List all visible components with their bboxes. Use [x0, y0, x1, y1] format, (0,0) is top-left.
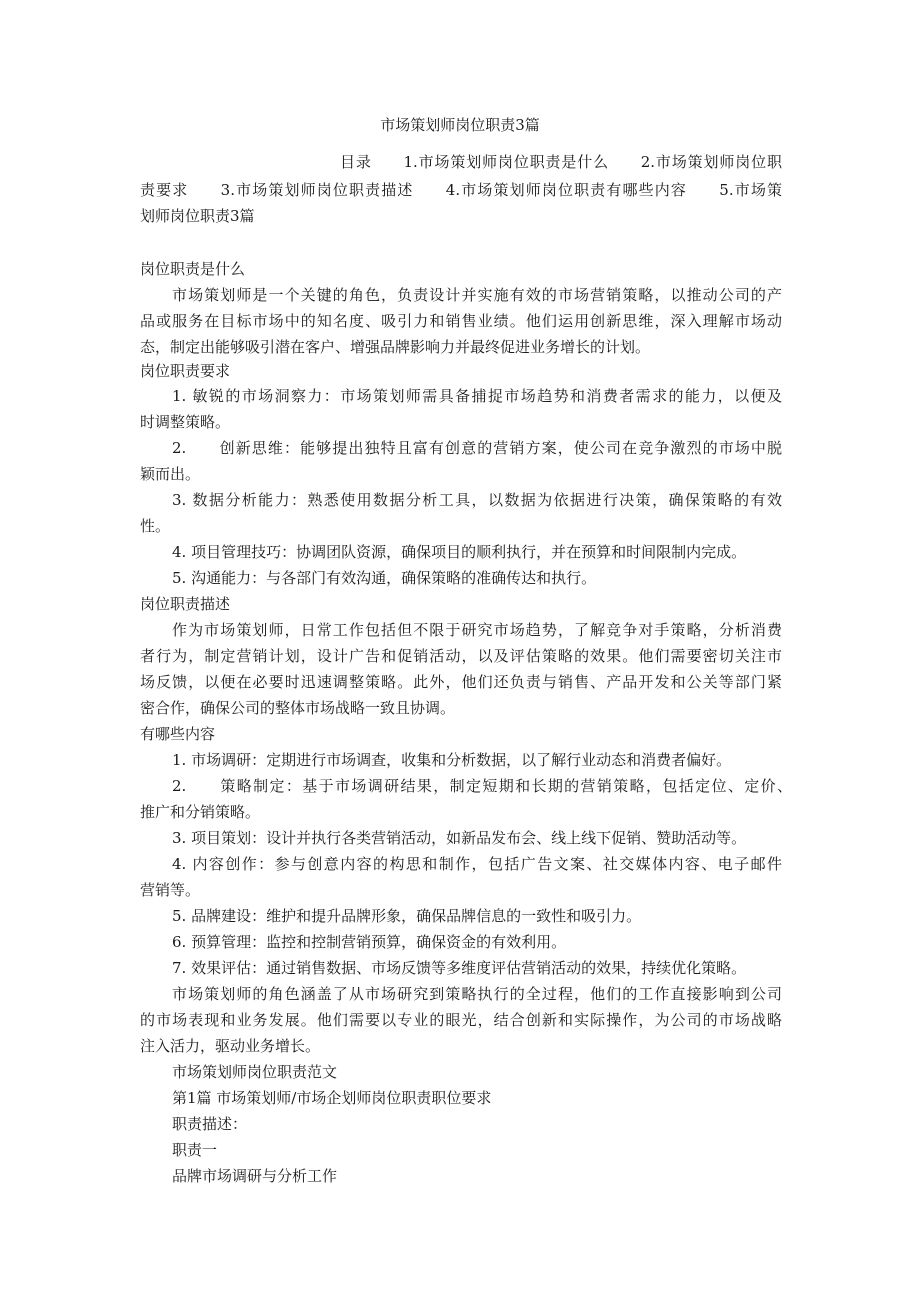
paragraph-line: 场反馈，以便在必要时迅速调整策略。此外，他们还负责与销售、产品开发和公关等部门紧	[140, 670, 782, 694]
section-heading: 岗位职责要求	[140, 359, 230, 383]
paragraph-line: 市场策划师的角色涵盖了从市场研究到策略执行的全过程，他们的工作直接影响到公司	[172, 982, 782, 1006]
list-item: 7. 效果评估：通过销售数据、市场反馈等多维度评估营销活动的效果，持续优化策略。	[172, 956, 746, 980]
list-item-continuation: 性。	[140, 514, 170, 538]
list-item: 5. 沟通能力：与各部门有效沟通，确保策略的准确传达和执行。	[172, 566, 596, 590]
list-item: 3. 项目策划：设计并执行各类营销活动，如新品发布会、线上线下促销、赞助活动等。	[172, 826, 746, 850]
list-item: 3. 数据分析能力：熟悉使用数据分析工具，以数据为依据进行决策，确保策略的有效	[172, 488, 782, 512]
toc-line: 目录 1.市场策划师岗位职责是什么 2.市场策划师岗位职	[340, 150, 782, 174]
list-item: 1. 市场调研：定期进行市场调查，收集和分析数据，以了解行业动态和消费者偏好。	[172, 748, 731, 772]
paragraph-line: 市场策划师是一个关键的角色，负责设计并实施有效的市场营销策略，以推动公司的产	[172, 283, 782, 307]
duty-one-label: 职责一	[172, 1138, 217, 1162]
list-item-continuation: 时调整策略。	[140, 410, 230, 434]
list-item: 2. 创新思维：能够提出独特且富有创意的营销方案，使公司在竞争激烈的市场中脱	[172, 436, 782, 460]
list-item: 6. 预算管理：监控和控制营销预算，确保资金的有效利用。	[172, 930, 566, 954]
list-item-continuation: 颖而出。	[140, 462, 200, 486]
paragraph-line: 作为市场策划师，日常工作包括但不限于研究市场趋势，了解竞争对手策略，分析消费	[172, 618, 782, 642]
toc-line: 责要求 3.市场策划师岗位职责描述 4.市场策划师岗位职责有哪些内容 5.市场策	[140, 178, 782, 202]
list-item: 5. 品牌建设：维护和提升品牌形象，确保品牌信息的一致性和吸引力。	[172, 904, 641, 928]
list-item-continuation: 营销等。	[140, 878, 200, 902]
paragraph-line: 者行为，制定营销计划，设计广告和促销活动，以及评估策略的效果。他们需要密切关注市	[140, 644, 782, 668]
paragraph-line: 态，制定出能够吸引潜在客户、增强品牌影响力并最终促进业务增长的计划。	[140, 335, 650, 359]
duty-one-item: 品牌市场调研与分析工作	[172, 1164, 337, 1188]
duty-description-label: 职责描述：	[172, 1112, 247, 1136]
list-item: 2. 策略制定：基于市场调研结果，制定短期和长期的营销策略，包括定位、定价、	[172, 774, 792, 798]
sample-heading: 市场策划师岗位职责范文	[172, 1060, 337, 1084]
sample-subtitle: 第1篇 市场策划师/市场企划师岗位职责职位要求	[172, 1086, 491, 1110]
section-heading: 岗位职责描述	[140, 592, 230, 616]
list-item-continuation: 推广和分销策略。	[140, 800, 260, 824]
list-item: 4. 内容创作：参与创意内容的构思和制作，包括广告文案、社交媒体内容、电子邮件	[172, 852, 782, 876]
paragraph-line: 的市场表现和业务发展。他们需要以专业的眼光，结合创新和实际操作，为公司的市场战略	[140, 1008, 782, 1032]
paragraph-line: 注入活力，驱动业务增长。	[140, 1034, 320, 1058]
paragraph-line: 密合作，确保公司的整体市场战略一致且协调。	[140, 696, 455, 720]
section-heading: 有哪些内容	[140, 722, 215, 746]
section-heading: 岗位职责是什么	[140, 257, 245, 281]
document-page: 市场策划师岗位职责3篇 目录 1.市场策划师岗位职责是什么 2.市场策划师岗位职…	[0, 0, 920, 1302]
document-title: 市场策划师岗位职责3篇	[0, 113, 920, 137]
list-item: 4. 项目管理技巧：协调团队资源，确保项目的顺利执行，并在预算和时间限制内完成。	[172, 540, 746, 564]
list-item: 1. 敏锐的市场洞察力：市场策划师需具备捕捉市场趋势和消费者需求的能力，以便及	[172, 384, 782, 408]
toc-line: 划师岗位职责3篇	[140, 204, 255, 228]
paragraph-line: 品或服务在目标市场中的知名度、吸引力和销售业绩。他们运用创新思维，深入理解市场动	[140, 309, 782, 333]
